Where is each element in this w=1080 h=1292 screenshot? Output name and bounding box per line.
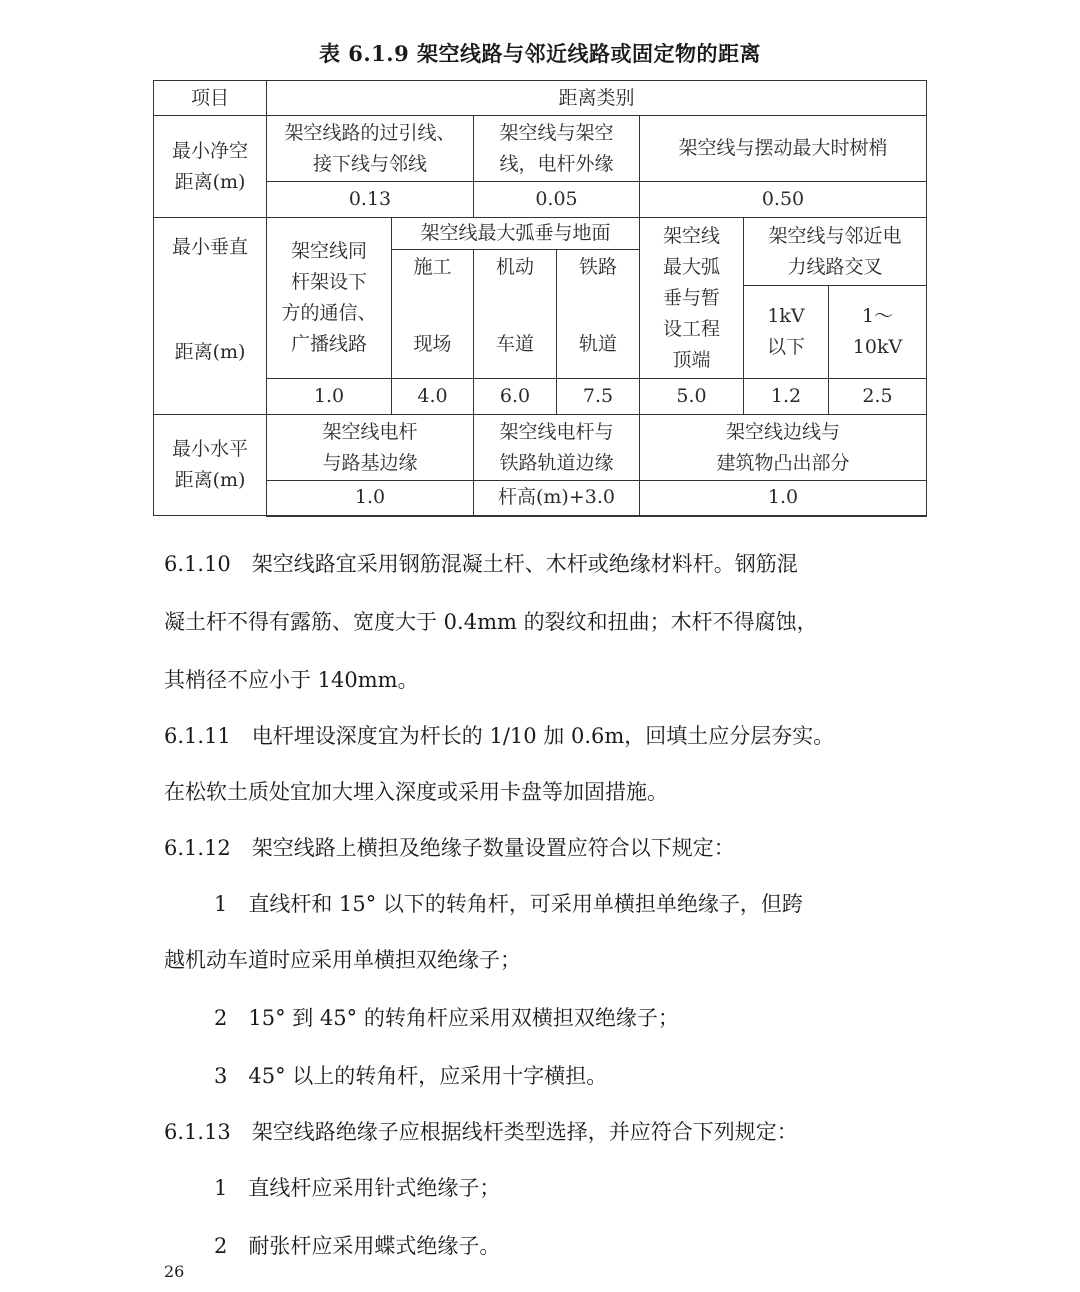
body-line: 1 直线杆应采用针式绝缘子；: [214, 1172, 500, 1202]
power-cross-col-1: 1kV以下: [744, 286, 829, 379]
header-category: 距离类别: [267, 81, 927, 116]
horizontal-value-1: 1.0: [267, 481, 474, 516]
vertical-label-bottom: 距离(m): [154, 337, 266, 368]
sag-col-3-bottom: 轨道: [557, 329, 639, 360]
sag-value-1: 4.0: [392, 379, 474, 415]
vertical-label-top: 最小垂直: [154, 232, 266, 263]
body-line: 6.1.13 架空线路绝缘子应根据线杆类型选择，并应符合下列规定：: [164, 1116, 798, 1146]
body-line: 3 45° 以上的转角杆，应采用十字横担。: [214, 1060, 607, 1090]
vertical-label: 最小垂直 距离(m): [154, 218, 267, 415]
body-line: 2 15° 到 45° 的转角杆应采用双横担双绝缘子；: [214, 1002, 679, 1032]
sag-col-1-bottom: 现场: [392, 329, 473, 360]
horizontal-desc-1: 架空线电杆与路基边缘: [267, 415, 474, 481]
clearance-value-1: 0.13: [267, 182, 474, 218]
body-line: 其梢径不应小于 140mm。: [164, 664, 419, 694]
sag-col-1-top: 施工: [392, 252, 473, 283]
body-line: 越机动车道时应采用单横担双绝缘子；: [164, 944, 521, 974]
same-pole-value: 1.0: [267, 379, 392, 415]
sag-col-1: 施工 现场: [392, 250, 474, 379]
table-title: 表 6.1.9 架空线路与邻近线路或固定物的距离: [0, 38, 1080, 68]
clearance-desc-1: 架空线路的过引线、接下线与邻线: [267, 116, 474, 182]
body-line: 凝土杆不得有露筋、宽度大于 0.4mm 的裂纹和扭曲；木杆不得腐蚀，: [164, 606, 818, 636]
body-line: 6.1.10 架空线路宜采用钢筋混凝土杆、木杆或绝缘材料杆。钢筋混: [164, 548, 798, 578]
clearance-value-2: 0.05: [474, 182, 640, 218]
temp-works-value: 5.0: [640, 379, 744, 415]
sag-col-3-top: 铁路: [557, 252, 639, 283]
distance-table: 项目 距离类别 最小净空距离(m) 架空线路的过引线、接下线与邻线 架空线与架空…: [153, 80, 927, 517]
sag-value-2: 6.0: [474, 379, 557, 415]
sag-ground-header: 架空线最大弧垂与地面: [392, 218, 640, 250]
sag-col-3: 铁路 轨道: [557, 250, 640, 379]
clearance-value-3: 0.50: [640, 182, 927, 218]
horizontal-desc-2: 架空线电杆与铁路轨道边缘: [474, 415, 640, 481]
body-line: 1 直线杆和 15° 以下的转角杆，可采用单横担单绝缘子，但跨: [214, 888, 803, 918]
horizontal-value-3: 1.0: [640, 481, 927, 516]
body-line: 在松软土质处宜加大埋入深度或采用卡盘等加固措施。: [164, 776, 668, 806]
temp-works-desc: 架空线最大弧垂与暂设工程顶端: [640, 218, 744, 379]
sag-value-3: 7.5: [557, 379, 640, 415]
sag-col-2-top: 机动: [474, 252, 556, 283]
clearance-desc-3: 架空线与摆动最大时树梢: [640, 116, 927, 182]
horizontal-label: 最小水平距离(m): [154, 415, 267, 516]
clearance-desc-2: 架空线与架空线，电杆外缘: [474, 116, 640, 182]
horizontal-desc-3: 架空线边线与建筑物凸出部分: [640, 415, 927, 481]
body-line: 6.1.11 电杆埋设深度宜为杆长的 1/10 加 0.6m，回填土应分层夯实。: [164, 720, 834, 750]
power-cross-header: 架空线与邻近电力线路交叉: [744, 218, 927, 286]
sag-col-2: 机动 车道: [474, 250, 557, 379]
horizontal-value-2: 杆高(m)+3.0: [474, 481, 640, 516]
body-line: 6.1.12 架空线路上横担及绝缘子数量设置应符合以下规定：: [164, 832, 735, 862]
clearance-label: 最小净空距离(m): [154, 116, 267, 218]
power-cross-value-1: 1.2: [744, 379, 829, 415]
power-cross-value-2: 2.5: [829, 379, 927, 415]
sag-col-2-bottom: 车道: [474, 329, 556, 360]
power-cross-col-2: 1～10kV: [829, 286, 927, 379]
body-line: 2 耐张杆应采用蝶式绝缘子。: [214, 1230, 500, 1260]
header-item: 项目: [154, 81, 267, 116]
same-pole-desc: 架空线同杆架设下方的通信、广播线路: [267, 218, 392, 379]
page-number: 26: [164, 1262, 184, 1281]
